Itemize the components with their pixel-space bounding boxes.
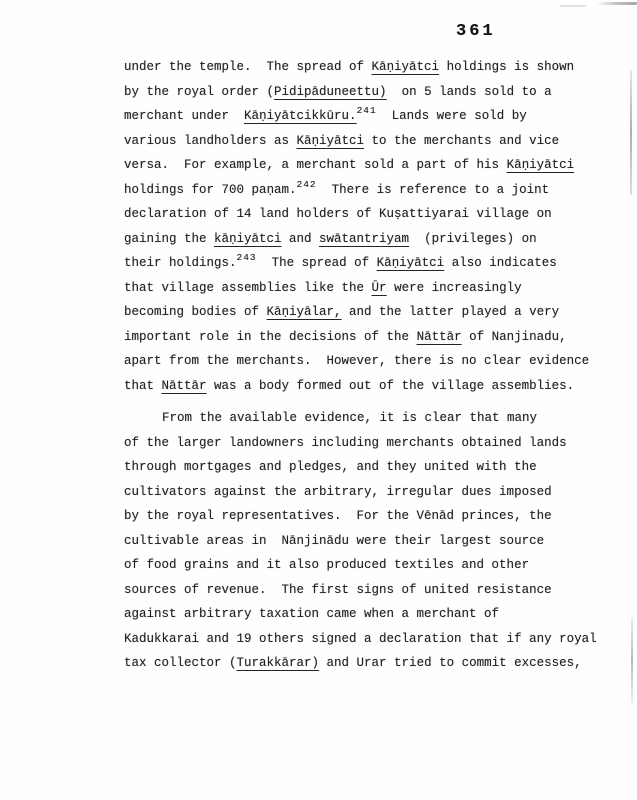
- page: 361 under the temple. The spread of Kāṇi…: [0, 0, 637, 800]
- underlined-term: kāṇiyātci: [214, 232, 282, 246]
- footnote-reference: 242: [297, 173, 317, 198]
- underlined-term: Kāṇiyātcikkūru.: [244, 109, 357, 123]
- underlined-term: Turakkārar): [237, 656, 320, 670]
- page-number: 361: [456, 22, 496, 41]
- underlined-term: Nāttār: [417, 330, 462, 344]
- scan-artifact-right-edge: [630, 70, 632, 195]
- text-line: that Nāttār was a body formed out of the…: [124, 374, 610, 399]
- text-line: important role in the decisions of the N…: [124, 325, 610, 350]
- text-line: of the larger landowners including merch…: [124, 431, 610, 456]
- underlined-term: Kāṇiyātci: [507, 158, 575, 172]
- text-segment: were increasingly: [387, 281, 522, 295]
- underlined-term: Nāttār: [162, 379, 207, 393]
- text-line: cultivable areas in Nānjinādu were their…: [124, 529, 610, 554]
- text-segment: that village assemblies like the: [124, 281, 372, 295]
- text-line: merchant under Kāṇiyātcikkūru.241 Lands …: [124, 104, 610, 129]
- text-line: tax collector (Turakkārar) and Urar trie…: [124, 651, 610, 676]
- paragraph: under the temple. The spread of Kāṇiyātc…: [124, 55, 610, 398]
- text-segment: was a body formed out of the village ass…: [207, 379, 575, 393]
- text-segment: Lands were sold by: [377, 109, 527, 123]
- paragraph: From the available evidence, it is clear…: [124, 406, 610, 676]
- text-segment: of the larger landowners including merch…: [124, 436, 567, 450]
- footnote-reference: 241: [357, 99, 377, 124]
- scan-artifact-right-edge-lower: [631, 618, 633, 703]
- text-segment: to the merchants and vice: [364, 134, 559, 148]
- text-segment: and Urar tried to commit excesses,: [319, 656, 582, 670]
- text-segment: declaration of 14 land holders of Kuṣatt…: [124, 207, 552, 221]
- text-line: apart from the merchants. However, there…: [124, 349, 610, 374]
- text-line: declaration of 14 land holders of Kuṣatt…: [124, 202, 610, 227]
- text-line: cultivators against the arbitrary, irreg…: [124, 480, 610, 505]
- underlined-term: Kāṇiyātci: [377, 256, 445, 270]
- text-line: under the temple. The spread of Kāṇiyātc…: [124, 55, 610, 80]
- text-segment: holdings is shown: [439, 60, 574, 74]
- text-line: by the royal representatives. For the Vē…: [124, 504, 610, 529]
- text-segment: that: [124, 379, 162, 393]
- text-segment: of food grains and it also produced text…: [124, 558, 529, 572]
- text-line: of food grains and it also produced text…: [124, 553, 610, 578]
- text-segment: becoming bodies of: [124, 305, 267, 319]
- text-line: their holdings.243 The spread of Kāṇiyāt…: [124, 251, 610, 276]
- text-line: becoming bodies of Kāṇiyālar, and the la…: [124, 300, 610, 325]
- text-segment: of Nanjinadu,: [462, 330, 567, 344]
- text-segment: and the latter played a very: [342, 305, 560, 319]
- text-segment: against arbitrary taxation came when a m…: [124, 607, 499, 621]
- footnote-reference: 243: [237, 246, 257, 271]
- text-segment: The spread of: [257, 256, 377, 270]
- text-line: versa. For example, a merchant sold a pa…: [124, 153, 610, 178]
- text-segment: on 5 lands sold to a: [387, 85, 552, 99]
- text-segment: versa. For example, a merchant sold a pa…: [124, 158, 507, 172]
- text-line: From the available evidence, it is clear…: [124, 406, 610, 431]
- text-segment: various landholders as: [124, 134, 297, 148]
- text-line: against arbitrary taxation came when a m…: [124, 602, 610, 627]
- text-segment: cultivators against the arbitrary, irreg…: [124, 485, 552, 499]
- text-segment: sources of revenue. The first signs of u…: [124, 583, 552, 597]
- text-line: Kadukkarai and 19 others signed a declar…: [124, 627, 610, 652]
- underlined-term: swātantriyam: [319, 232, 409, 246]
- underlined-term: Kāṇiyātci: [297, 134, 365, 148]
- text-segment: under the temple. The spread of: [124, 60, 372, 74]
- underlined-term: Pidipāduneettu): [274, 85, 387, 99]
- underlined-term: Kāṇiyālar,: [267, 305, 342, 319]
- text-segment: gaining the: [124, 232, 214, 246]
- underlined-term: Ūr: [372, 281, 387, 295]
- text-line: holdings for 700 paṇam.242 There is refe…: [124, 178, 610, 203]
- text-segment: cultivable areas in Nānjinādu were their…: [124, 534, 544, 548]
- text-segment: merchant under: [124, 109, 244, 123]
- text-segment: by the royal representatives. For the Vē…: [124, 509, 552, 523]
- text-segment: apart from the merchants. However, there…: [124, 354, 589, 368]
- text-segment: also indicates: [444, 256, 557, 270]
- text-segment: through mortgages and pledges, and they …: [124, 460, 537, 474]
- text-line: that village assemblies like the Ūr were…: [124, 276, 610, 301]
- text-line: sources of revenue. The first signs of u…: [124, 578, 610, 603]
- text-segment: and: [282, 232, 320, 246]
- text-segment: There is reference to a joint: [317, 183, 550, 197]
- text-segment: important role in the decisions of the: [124, 330, 417, 344]
- text-segment: their holdings.: [124, 256, 237, 270]
- text-line: through mortgages and pledges, and they …: [124, 455, 610, 480]
- text-segment: (privileges) on: [409, 232, 537, 246]
- scan-artifact-top-edge: [597, 2, 637, 5]
- text-segment: From the available evidence, it is clear…: [162, 411, 537, 425]
- text-segment: tax collector (: [124, 656, 237, 670]
- text-segment: Kadukkarai and 19 others signed a declar…: [124, 632, 597, 646]
- text-line: gaining the kāṇiyātci and swātantriyam (…: [124, 227, 610, 252]
- text-segment: holdings for 700 paṇam.: [124, 183, 297, 197]
- page-body: under the temple. The spread of Kāṇiyātc…: [124, 55, 610, 676]
- text-line: various landholders as Kāṇiyātci to the …: [124, 129, 610, 154]
- underlined-term: Kāṇiyātci: [372, 60, 440, 74]
- text-segment: by the royal order (: [124, 85, 274, 99]
- scan-artifact-top-smudge: [560, 5, 586, 7]
